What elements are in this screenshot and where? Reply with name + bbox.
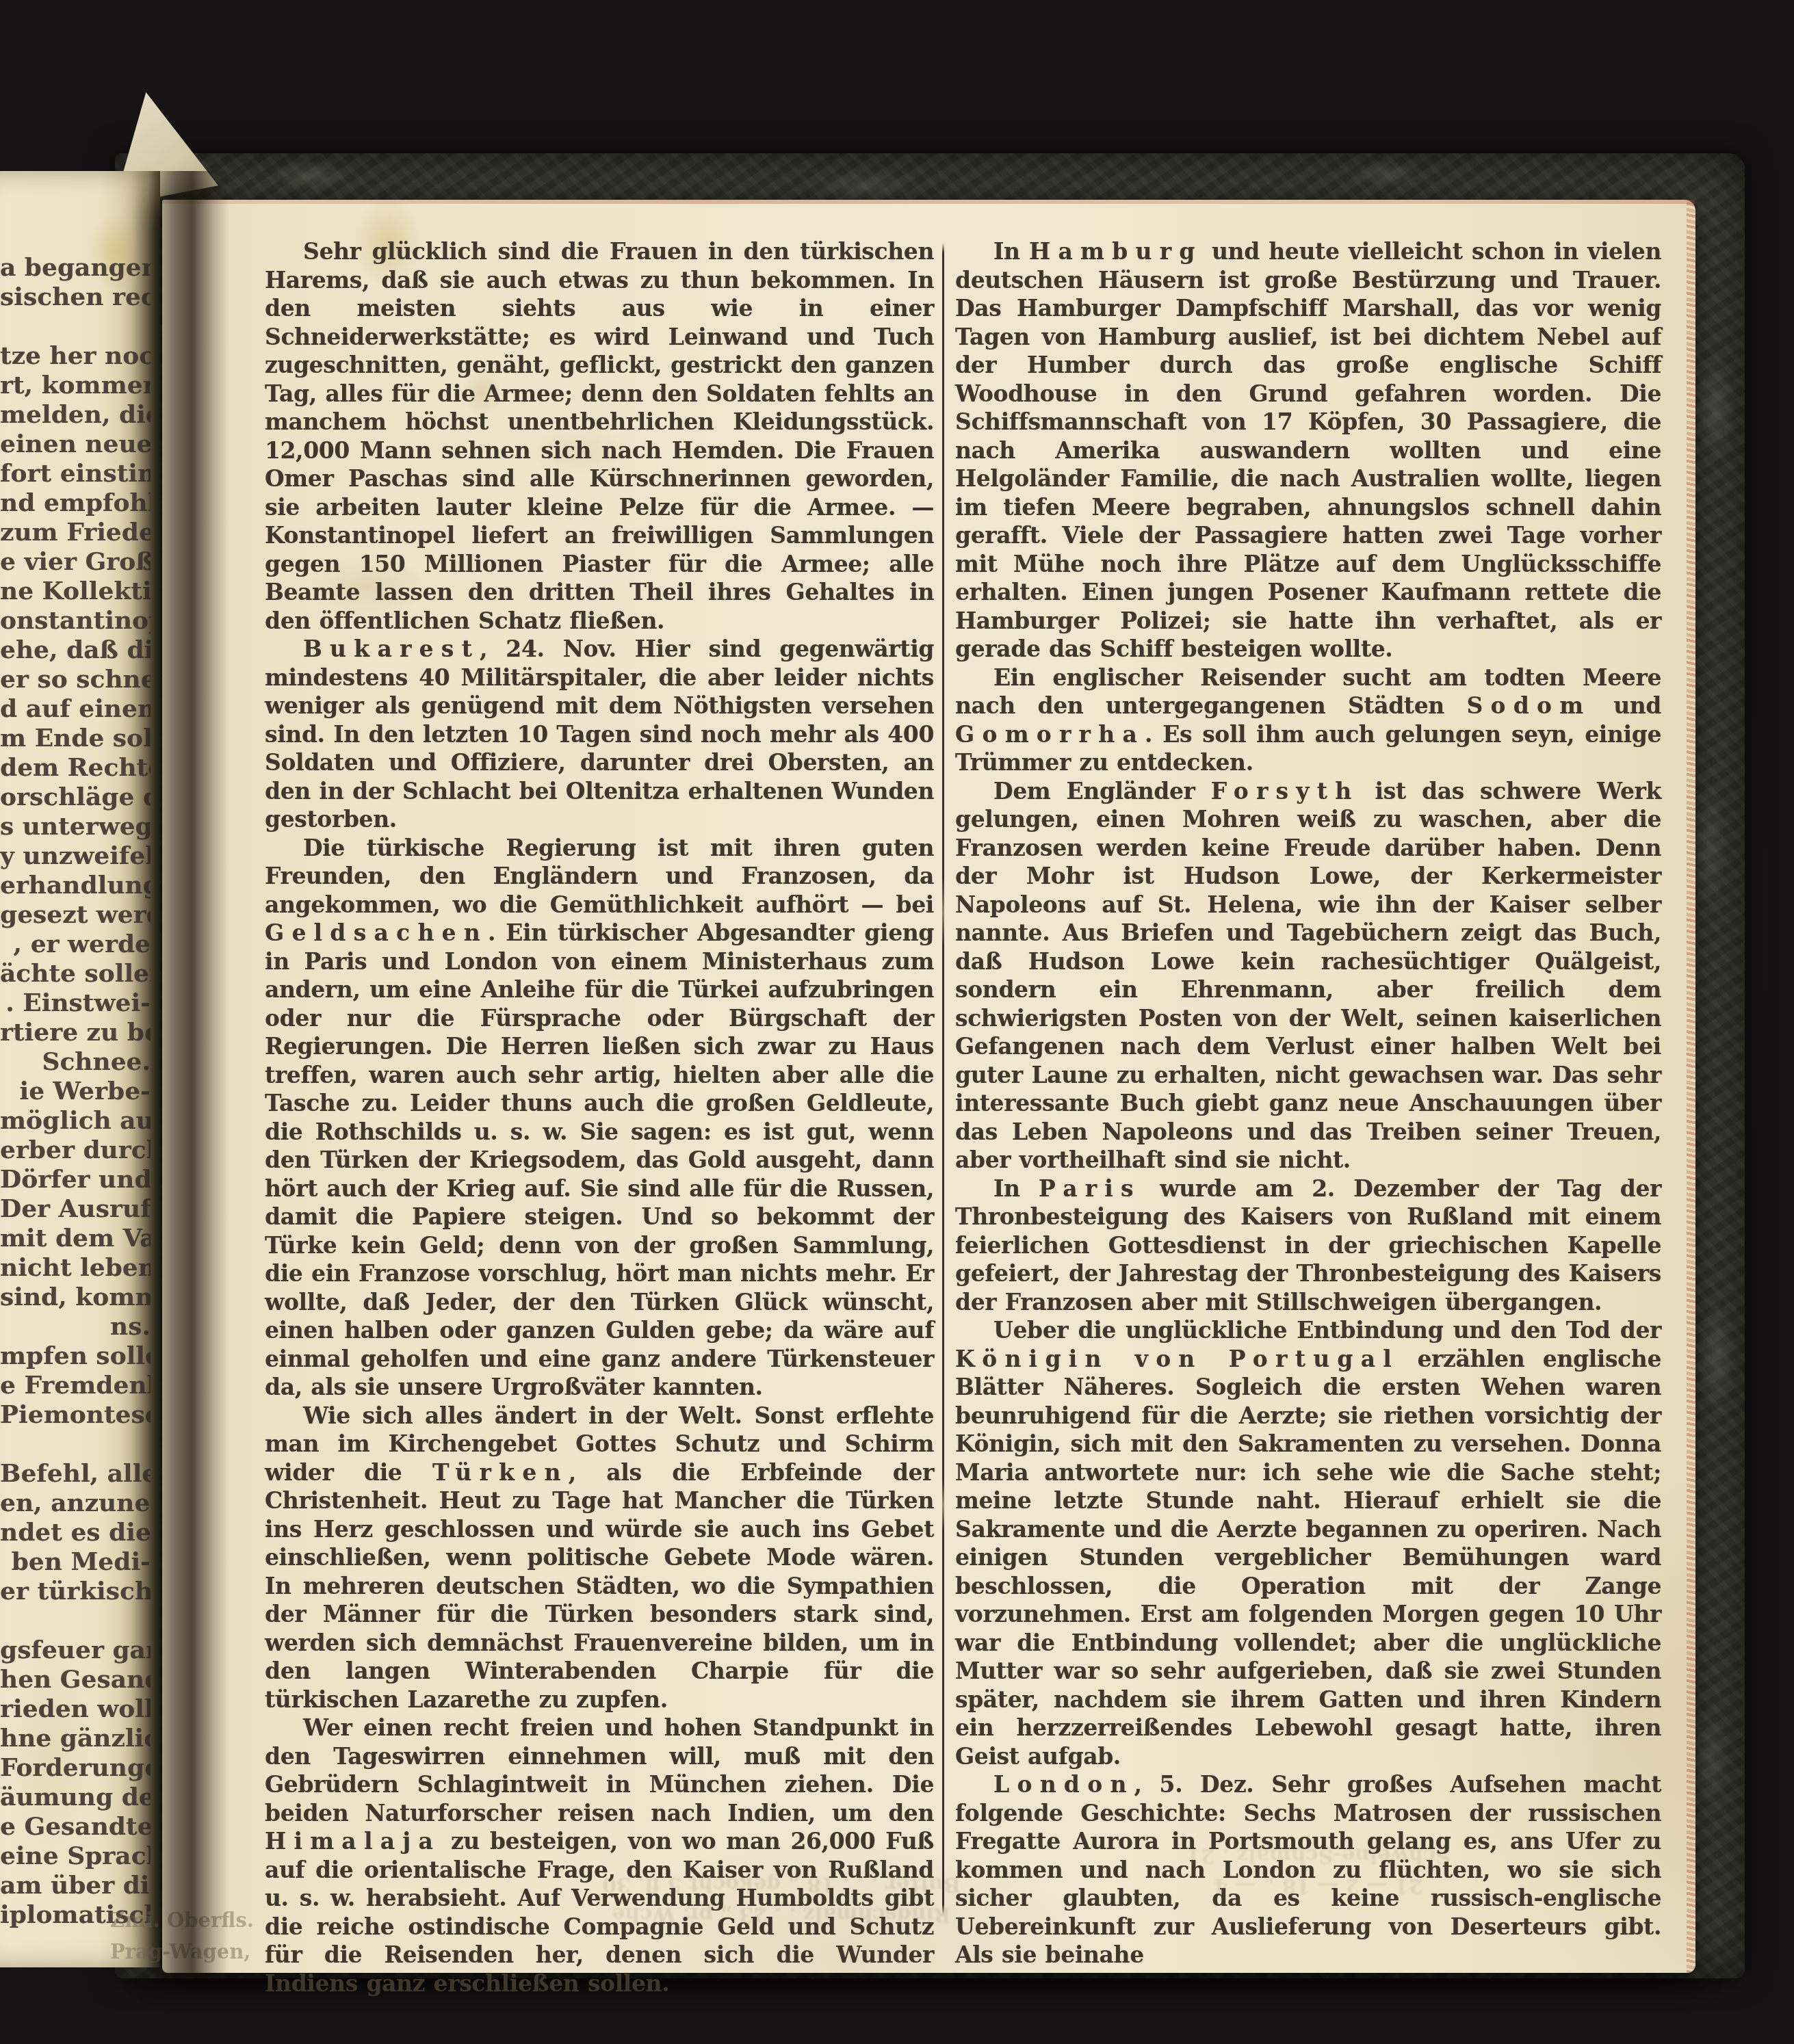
bleedthrough-text-left: Rindschmalz . . 23 „ pr. WcheButter . . … [463, 1869, 1100, 1929]
clipped-line-fragment: Schnee. [0, 1047, 151, 1077]
clipped-line-fragment: sischen recht- [0, 283, 151, 312]
text-run: Wer einen recht freien und hohen Standpu… [265, 1714, 934, 1826]
clipped-line-fragment: en, anzuneh- [0, 1489, 151, 1518]
clipped-line-fragment: e vier Groß- [0, 547, 151, 577]
letterspaced-name: London [993, 1771, 1134, 1798]
clipped-line-fragment: er türkischen [0, 1577, 151, 1606]
page-content: Sehr glücklich sind die Frauen in den tü… [265, 237, 1661, 1997]
text-run: . Ein türkischer Abgesandter gieng in Pa… [265, 919, 934, 1400]
clipped-line-fragment: e Fremdenle- [0, 1371, 151, 1400]
letterspaced-name: Paris [1039, 1175, 1141, 1202]
clipped-line-fragment: rtiere zu be- [0, 1018, 151, 1047]
text-run: erzählen englische Blätter Näheres. Sogl… [955, 1346, 1661, 1770]
page-right-red-edge [1687, 200, 1695, 1973]
clipped-line-fragment: gesezt werde. [0, 900, 151, 930]
text-run: Sehr glücklich sind die Frauen in den tü… [265, 238, 934, 634]
clipped-line-fragment: hen Gesand- [0, 1665, 151, 1694]
clipped-line-fragment: hne gänzliche [0, 1724, 151, 1753]
clipped-line-fragment: d auf einem [0, 694, 151, 724]
bleedthrough-line: Zmi. Oberfls. [110, 1904, 398, 1936]
clipped-line-fragment: , er werde [0, 930, 151, 959]
clipped-line-fragment: melden, die [0, 400, 151, 430]
bleedthrough-line: Schweine-Schmalz . 21 [1024, 1840, 1613, 1870]
bleedthrough-text-corner: Zmi. Oberfls.Prag-Wagen, [110, 1904, 398, 1967]
clipped-line-fragment: y unzweifel- [0, 841, 151, 871]
clipped-line-fragment: äumung der [0, 1783, 151, 1812]
clipped-line-fragment: mpfen sollen, [0, 1341, 151, 1371]
letterspaced-name: Himalaja [265, 1828, 441, 1855]
letterspaced-name: Geldsachen [265, 919, 488, 946]
clipped-line-fragment: rieden wolle [0, 1694, 151, 1724]
bleedthrough-line: Prag-Wagen, [110, 1936, 398, 1967]
book-scan: { "colors": { "background": "#171314", "… [0, 0, 1794, 2044]
clipped-line-fragment: ns. [0, 1312, 151, 1341]
clipped-line-fragment: einen neuen [0, 430, 151, 459]
paragraph: Die türkische Regierung ist mit ihren gu… [265, 834, 934, 1402]
paragraph: In Paris wurde am 2. Dezember der Tag de… [955, 1175, 1661, 1317]
clipped-line-fragment: ben Medi- [0, 1547, 151, 1577]
letterspaced-name: Hamburg [1029, 238, 1203, 265]
bleedthrough-line: 21 — 2 — 18 „ — 4 [1024, 1870, 1613, 1900]
clipped-line-fragment: möglich auf [0, 1106, 151, 1136]
letterspaced-name: Forsyth [1211, 778, 1360, 804]
clipped-line-fragment: m Ende soll [0, 724, 151, 753]
text-run: und [1591, 692, 1661, 719]
clipped-line-fragment [0, 1430, 151, 1459]
clipped-line-fragment: mit dem Va- [0, 1224, 151, 1253]
clipped-line-fragment: fort einstim- [0, 459, 151, 488]
letterspaced-name: Türken [432, 1459, 569, 1486]
letterspaced-name: Sodom [1467, 692, 1591, 719]
clipped-line-fragment: erber durch- [0, 1136, 151, 1165]
right-column: In Hamburg und heute vielleicht schon in… [955, 237, 1661, 1969]
text-run: , 24. Nov. Hier sind gegenwärtig mindest… [265, 636, 934, 833]
clipped-line-fragment: gsfeuer ganz [0, 1636, 151, 1665]
clipped-line-fragment: er so schnell [0, 665, 151, 694]
clipped-line-fragment: ie Werbe- [0, 1077, 151, 1106]
text-run: ist das schwere Werk gelungen, einen Moh… [955, 778, 1661, 1174]
text-run: , als die Erbfeinde der Christenheit. He… [265, 1459, 934, 1713]
text-run: Die türkische Regierung ist mit ihren gu… [265, 835, 934, 918]
clipped-line-fragment: orschläge der [0, 783, 151, 812]
text-run: In [993, 238, 1029, 265]
clipped-line-fragment: eine Sprache [0, 1842, 151, 1871]
clipped-line-fragment: ächte sollen [0, 959, 151, 988]
paragraph: Dem Engländer Forsyth ist das schwere We… [955, 777, 1661, 1175]
clipped-line-fragment: rt, kommen [0, 371, 151, 400]
clipped-line-fragment: ndet es die [0, 1518, 151, 1547]
clipped-line-fragment: onstantinopel [0, 606, 151, 636]
text-run: In [993, 1175, 1039, 1202]
page-top-red-edge [162, 200, 1695, 204]
bleedthrough-text-right: 21 — 2 — 18 „ — 4Schweine-Schmalz . 21 [1024, 1840, 1613, 1900]
letterspaced-name: Bukarest [303, 636, 480, 662]
clipped-line-fragment: am über die [0, 1871, 151, 1900]
paragraph: Ueber die unglückliche Entbindung und de… [955, 1316, 1661, 1770]
paragraph: Bukarest, 24. Nov. Hier sind gegenwärtig… [265, 635, 934, 834]
clipped-line-fragment: zum Frieden [0, 518, 151, 547]
clipped-line-fragment: erhandlungen [0, 871, 151, 900]
clipped-line-fragment: a begangen, [0, 253, 151, 283]
text-run: Dem Engländer [993, 778, 1211, 804]
clipped-line-fragment: Befehl, alle [0, 1459, 151, 1489]
clipped-line-fragment: ne Kollektiv- [0, 577, 151, 606]
clipped-line-fragment: ehe, daß die [0, 636, 151, 665]
clipped-line-fragment: s unterwegs. [0, 812, 151, 841]
left-column: Sehr glücklich sind die Frauen in den tü… [265, 237, 934, 1997]
letterspaced-name: Königin von Portugal [955, 1346, 1399, 1372]
newspaper-page: Sehr glücklich sind die Frauen in den tü… [162, 200, 1695, 1973]
clipped-line-fragment: Der Ausrufer [0, 1194, 151, 1224]
letterspaced-name: Gomorrha [955, 721, 1145, 748]
clipped-line-fragment: e Gesandte, [0, 1812, 151, 1842]
paragraph: Sehr glücklich sind die Frauen in den tü… [265, 237, 934, 635]
clipped-line-fragment: nd empfohlen [0, 488, 151, 518]
text-run: und heute vielleicht schon in vielen deu… [955, 238, 1661, 662]
paragraph: Ein englischer Reisender sucht am todten… [955, 664, 1661, 777]
previous-page-text: a begangen,sischen recht- tze her nochrt… [0, 253, 151, 1930]
clipped-line-fragment: . Einstwei- [0, 988, 151, 1018]
clipped-line-fragment: nicht leben [0, 1253, 151, 1283]
clipped-line-fragment: Piemontesen [0, 1400, 151, 1430]
bleedthrough-line: Rindschmalz . . 23 „ pr. Wche [463, 1899, 1100, 1929]
bleedthrough-line: Butter . . . 18 „ gekocht 5 fl. 30 [463, 1869, 1100, 1899]
paragraph: Wie sich alles ändert in der Welt. Sonst… [265, 1402, 934, 1714]
clipped-line-fragment: Forderungen [0, 1753, 151, 1783]
clipped-line-fragment: sind, kommt [0, 1283, 151, 1312]
clipped-line-fragment: dem Rechte [0, 753, 151, 783]
text-run: Ueber die unglückliche Entbindung und de… [993, 1317, 1661, 1344]
paragraph: In Hamburg und heute vielleicht schon in… [955, 237, 1661, 664]
clipped-line-fragment [0, 312, 151, 341]
previous-page-edge: a begangen,sischen recht- tze her nochrt… [0, 171, 160, 1967]
clipped-line-fragment [0, 1606, 151, 1636]
column-divider-rule [942, 243, 944, 1915]
clipped-line-fragment: Dörfer und [0, 1165, 151, 1194]
clipped-line-fragment: tze her noch [0, 341, 151, 371]
